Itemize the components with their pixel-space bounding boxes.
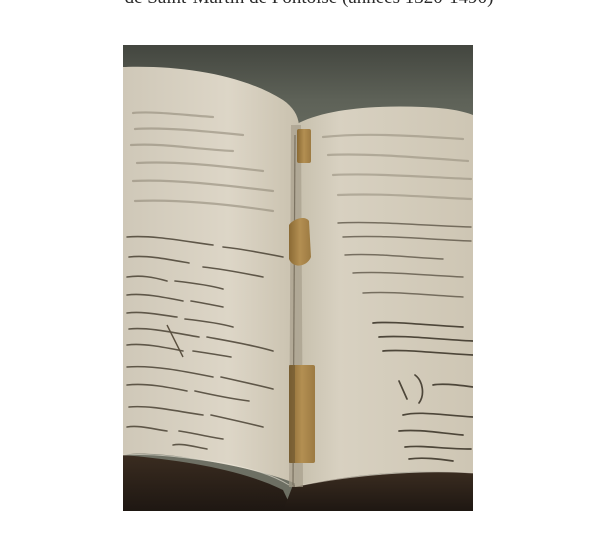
figure-caption: de Saint-Martin de Pontoise (années 1320… <box>0 0 612 10</box>
manuscript-photo <box>123 45 473 511</box>
manuscript-photo-illustration <box>123 45 473 511</box>
